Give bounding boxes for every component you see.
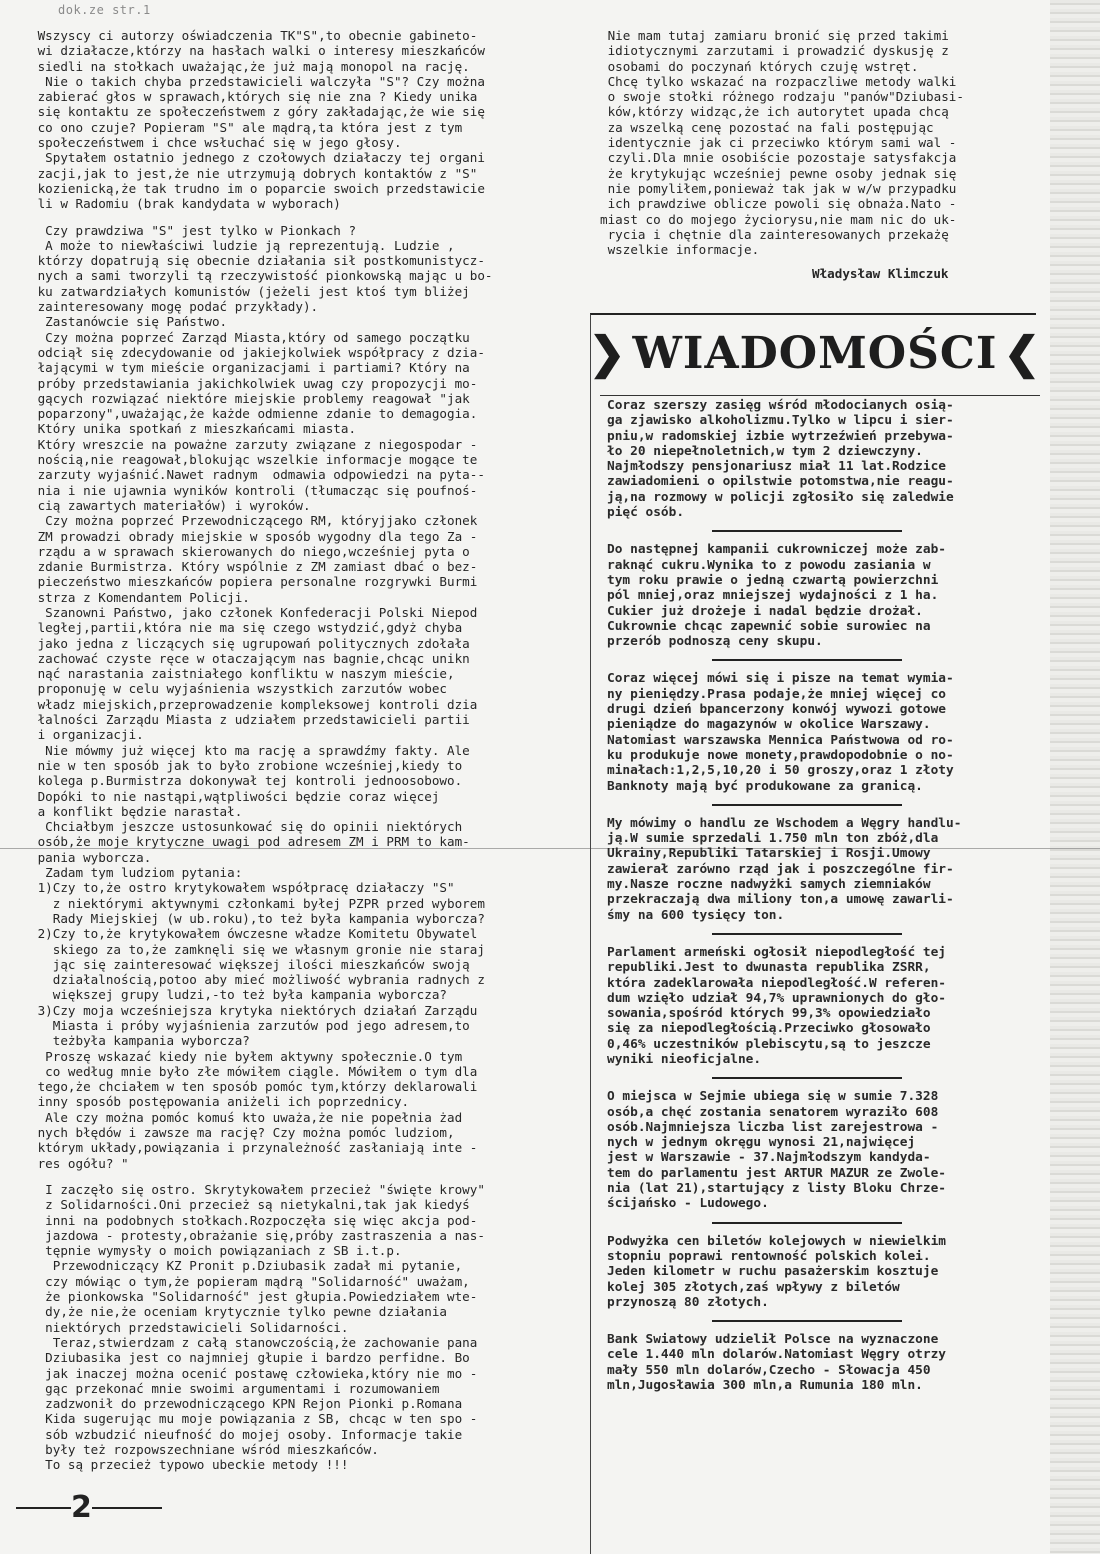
- text-line: pieczeństwo mieszkańców popiera personal…: [30, 574, 570, 589]
- news-item: Parlament armeński ogłosił niepodległość…: [607, 945, 1037, 1067]
- text-line: drugi dzień bpancerzony konwój wywozi go…: [607, 702, 1037, 717]
- news-separator: [712, 659, 902, 661]
- text-line: zarzuty wyjaśnić.Nawet radnym odmawia od…: [30, 467, 570, 482]
- text-line: Szanowni Państwo, jako członek Konfedera…: [30, 605, 570, 620]
- text-line: co według mnie było złe mówiłem ciągle. …: [30, 1064, 570, 1079]
- text-line: odciął się zdecydowanie od jakiejkolwiek…: [30, 345, 570, 360]
- text-line: z Solidarności.Oni przecież są nietykaln…: [30, 1197, 570, 1212]
- text-line: większej grupy ludzi,-to też była kampan…: [30, 987, 570, 1002]
- text-line: działalnością,potoo aby mieć możliwość w…: [30, 972, 570, 987]
- text-line: przekraczają dwa miliony ton,a umowę zaw…: [607, 892, 1037, 907]
- text-line: I zaczęło się ostro. Skrytykowałem przec…: [30, 1182, 570, 1197]
- text-line: się kontaktu ze społeczeństwem z góry za…: [30, 104, 570, 119]
- text-line: teżbyła kampania wyborcza?: [30, 1033, 570, 1048]
- text-line: res ogółu? ": [30, 1156, 570, 1171]
- text-line: nością,nie reagował,blokując wszelkie in…: [30, 452, 570, 467]
- text-line: kolega p.Burmistrza dokonywał tej kontro…: [30, 773, 570, 788]
- text-line: ich prawdziwe oblicze powoli się obnaża.…: [600, 196, 1060, 211]
- text-line: osób.Najmniejsza liczba list zarejestrow…: [607, 1120, 1037, 1135]
- text-line: tem do parlamentu jest ARTUR MAZUR ze Zw…: [607, 1166, 1037, 1181]
- text-line: Ukrainy,Republiki Tatarskiej i Rosji.Umo…: [607, 846, 1037, 861]
- page-number-rule-right: [92, 1507, 162, 1509]
- text-line: gących rozwiązać niektóre miejskie probl…: [30, 391, 570, 406]
- text-line: że pionkowska "Solidarność" jest głupia.…: [30, 1289, 570, 1304]
- text-line: tym roku prawie o jedną czwartą powierzc…: [607, 573, 1037, 588]
- text-line: rycia i chętnie dla zainteresowanych prz…: [600, 227, 1060, 242]
- page-number-text: 2: [71, 1490, 92, 1525]
- text-line: O miejsca w Sejmie ubiega się w sumie 7.…: [607, 1089, 1037, 1104]
- text-line: nąć narastania zaistniałego konfliktu w …: [30, 666, 570, 681]
- text-line: nia i nie ujawnia wyników kontroli (tłum…: [30, 483, 570, 498]
- page-number-rule-left: [16, 1507, 71, 1509]
- continuation-note: dok.ze str.1: [58, 3, 151, 17]
- article-paragraph: I zaczęło się ostro. Skrytykowałem przec…: [30, 1182, 570, 1473]
- text-line: skiego za to,że zamknęli się we własnym …: [30, 942, 570, 957]
- text-line: próby przedstawiania jakichkolwiek uwag …: [30, 376, 570, 391]
- text-line: pniu,w radomskiej izbie wytrzeźwień prze…: [607, 429, 1037, 444]
- text-line: Proszę wskazać kiedy nie byłem aktywny s…: [30, 1049, 570, 1064]
- text-line: raknąć cukru.Wynika to z powodu zasiania…: [607, 558, 1037, 573]
- text-line: pięć osób.: [607, 505, 1037, 520]
- text-line: społeczeństwem i chce wsłuchać się w jeg…: [30, 135, 570, 150]
- text-line: Czy można poprzeć Zarząd Miasta,który od…: [30, 330, 570, 345]
- author-signature: Władysław Klimczuk: [812, 266, 948, 281]
- text-line: śmy na 600 tysięcy ton.: [607, 908, 1037, 923]
- text-line: ją,na rozmowy w policji zgłosiło się zal…: [607, 490, 1037, 505]
- text-line: Cukier już drożeje i nadal będzie drożał…: [607, 604, 1037, 619]
- text-line: A może to niewłaściwi ludzie ją reprezen…: [30, 238, 570, 253]
- text-line: nych błędów i zawsze ma rację? Czy można…: [30, 1125, 570, 1140]
- text-line: Nie mam tutaj zamiaru bronić się przed t…: [600, 28, 1060, 43]
- article-paragraph: Czy prawdziwa "S" jest tylko w Pionkach …: [30, 223, 570, 1171]
- news-separator: [712, 1320, 902, 1322]
- text-line: i organizacji.: [30, 727, 570, 742]
- news-item: Do następnej kampanii cukrowniczej może …: [607, 542, 1037, 649]
- news-item: Coraz szerszy zasięg wśród młodocianych …: [607, 398, 1037, 520]
- right-article-continuation: Nie mam tutaj zamiaru bronić się przed t…: [600, 28, 1060, 257]
- text-line: zachować czyste ręce w otaczającym nas b…: [30, 651, 570, 666]
- text-line: a konflikt będzie narastał.: [30, 804, 570, 819]
- news-separator: [712, 1222, 902, 1224]
- text-line: tępnie wymysły o moich powiązaniach z SB…: [30, 1243, 570, 1258]
- chevron-left-icon: ❮: [1004, 328, 1042, 379]
- text-line: Wszyscy ci autorzy oświadczenia TK"S",to…: [30, 28, 570, 43]
- text-line: łalności Zarządu Miasta z udziałem przed…: [30, 712, 570, 727]
- text-line: czyli.Dla mnie osobiście pozostaje satys…: [600, 150, 1060, 165]
- text-line: ków,którzy widząc,że ich autorytet upada…: [600, 104, 1060, 119]
- text-line: 2)Czy to,że krytykowałem ówczesne władze…: [30, 926, 570, 941]
- text-line: ją.W sumie sprzedali 1.750 mln ton zbóż,…: [607, 831, 1037, 846]
- text-line: wyniki nieoficjalne.: [607, 1052, 1037, 1067]
- text-line: My mówimy o handlu ze Wschodem a Węgry h…: [607, 816, 1037, 831]
- text-line: ścijańsko - Ludowego.: [607, 1196, 1037, 1211]
- text-line: nie pomyliłem,ponieważ tak jak w w/w prz…: [600, 181, 1060, 196]
- text-line: zacji,jak to jest,że nie utrzymują dobry…: [30, 166, 570, 181]
- page-number: 2: [16, 1490, 162, 1525]
- text-line: dum wzięło udział 94,7% uprawnionych do …: [607, 991, 1037, 1006]
- text-line: tego,że chciałem w ten sposób pomóc tym,…: [30, 1079, 570, 1094]
- text-line: inni na podobnych stołkach.Rozpoczęła si…: [30, 1213, 570, 1228]
- text-line: Czy prawdziwa "S" jest tylko w Pionkach …: [30, 223, 570, 238]
- text-line: władz miejskich,przeprowadzenie kompleks…: [30, 697, 570, 712]
- text-line: którzy dopatrują się obecnie działania s…: [30, 253, 570, 268]
- text-line: Do następnej kampanii cukrowniczej może …: [607, 542, 1037, 557]
- news-separator: [712, 804, 902, 806]
- news-title-text: WIADOMOŚCI: [632, 328, 997, 379]
- paragraph-gap: [30, 212, 570, 223]
- text-line: co ono czuje? Popieram "S" ale mądrą,ta …: [30, 120, 570, 135]
- text-line: osób,że moje krytyczne uwagi pod adresem…: [30, 834, 570, 849]
- text-line: zadzwonił do przewodniczącego KPN Rejon …: [30, 1396, 570, 1411]
- text-line: ło 20 niepełnoletnich,w tym 2 dziewczyny…: [607, 444, 1037, 459]
- text-line: wszelkie informacje.: [600, 242, 1060, 257]
- news-item: Bank Swiatowy udzielił Polsce na wyznacz…: [607, 1332, 1037, 1393]
- left-article-column: Wszyscy ci autorzy oświadczenia TK"S",to…: [30, 28, 570, 1473]
- text-line: się za niepodległością.Przeciwko głosowa…: [607, 1021, 1037, 1036]
- text-line: jak inaczej można ocenić postawę człowie…: [30, 1366, 570, 1381]
- text-line: nie w ten sposób jak to było zrobione wc…: [30, 758, 570, 773]
- news-item: Coraz więcej mówi się i pisze na temat w…: [607, 671, 1037, 793]
- text-line: zainteresowany mogę podać przykłady).: [30, 299, 570, 314]
- text-line: ległej,partii,która nie ma się czego wst…: [30, 620, 570, 635]
- text-line: Zadam tym ludziom pytania:: [30, 865, 570, 880]
- text-line: pieniądze do magazynów w okolice Warszaw…: [607, 717, 1037, 732]
- text-line: wi działacze,którzy na hasłach walki o i…: [30, 43, 570, 58]
- text-line: Cukrownie chcąc zapewnić sobie surowiec …: [607, 619, 1037, 634]
- text-line: nych a sami tworzyli tą rzeczywistość pi…: [30, 268, 570, 283]
- text-line: strza z Komendantem Policji.: [30, 590, 570, 605]
- text-line: republiki.Jest to dwunasta republika ZSR…: [607, 960, 1037, 975]
- text-line: identycznie jak ci przeciwko którym sami…: [600, 135, 1060, 150]
- text-line: z niektórymi aktywnymi członkami byłej P…: [30, 896, 570, 911]
- news-item: My mówimy o handlu ze Wschodem a Węgry h…: [607, 816, 1037, 923]
- text-line: poparzony",uważając,że każde odmienne zd…: [30, 406, 570, 421]
- text-line: ny pieniędzy.Prasa podaje,że mniej więce…: [607, 687, 1037, 702]
- text-line: cią zawartych materiałów) i wyroków.: [30, 498, 570, 513]
- text-line: Coraz szerszy zasięg wśród młodocianych …: [607, 398, 1037, 413]
- text-line: zawiadomieni o opilstwie potomstwa,nie r…: [607, 474, 1037, 489]
- text-line: łającymi w tym mieście organizacjami i p…: [30, 360, 570, 375]
- text-line: Natomiast warszawska Mennica Państwowa o…: [607, 733, 1037, 748]
- text-line: jąc się zainteresować większej ilości mi…: [30, 957, 570, 972]
- text-line: inny sposób postępowania aniżeli ich pop…: [30, 1094, 570, 1109]
- text-line: dy,że nie,że oceniam krytycznie tylko pe…: [30, 1304, 570, 1319]
- text-line: przynoszą 80 złotych.: [607, 1295, 1037, 1310]
- text-line: Podwyżka cen biletów kolejowych w niewie…: [607, 1234, 1037, 1249]
- text-line: 0,46% uczestników plebiscytu,są to jeszc…: [607, 1037, 1037, 1052]
- text-line: sób wzbudzić nieufność do mojej osoby. I…: [30, 1427, 570, 1442]
- text-line: siedli na stołkach uważając,że już mają …: [30, 59, 570, 74]
- article-paragraph: Wszyscy ci autorzy oświadczenia TK"S",to…: [30, 28, 570, 212]
- text-line: pól mniej,oraz mniejszej wydajności z 1 …: [607, 588, 1037, 603]
- text-line: Najmłodszy pensjonariusz miał 11 lat.Rod…: [607, 459, 1037, 474]
- text-line: Spytałem ostatnio jednego z czołowych dz…: [30, 150, 570, 165]
- text-line: o swoje stołki różnego rodzaju "panów"Dz…: [600, 89, 1060, 104]
- text-line: sowania,spośród których 99,3% opowiedzia…: [607, 1006, 1037, 1021]
- text-line: Który unika spotkań z mieszkańcami miast…: [30, 421, 570, 436]
- text-line: zdanie Burmistrza. Który wspólnie z ZM z…: [30, 559, 570, 574]
- text-line: pania wyborcza.: [30, 850, 570, 865]
- text-line: kolej 305 złotych,zaś wpływy z biletów: [607, 1280, 1037, 1295]
- text-line: mały 550 mln dolarów,Czecho - Słowacja 4…: [607, 1363, 1037, 1378]
- text-line: kozienicką,że tak trudno im o poparcie s…: [30, 181, 570, 196]
- text-line: Chcę tylko wskazać na rozpaczliwe metody…: [600, 74, 1060, 89]
- text-line: która zadeklarowała niepodległość.W refe…: [607, 976, 1037, 991]
- news-section-title: ❯ WIADOMOŚCI ❮: [600, 318, 1030, 388]
- text-line: Banknoty mają być produkowane za granicą…: [607, 779, 1037, 794]
- text-line: 3)Czy moja wcześniejsza krytyka niektóry…: [30, 1003, 570, 1018]
- text-line: jako jedna z liczących się ugrupowań pol…: [30, 636, 570, 651]
- text-line: Nie o takich chyba przedstawicieli walcz…: [30, 74, 570, 89]
- news-items-list: Coraz szerszy zasięg wśród młodocianych …: [607, 398, 1037, 1393]
- news-separator: [712, 1077, 902, 1079]
- news-item: O miejsca w Sejmie ubiega się w sumie 7.…: [607, 1089, 1037, 1211]
- text-line: 1)Czy to,że ostro krytykowałem współprac…: [30, 880, 570, 895]
- text-line: idiotycznymi zarzutami i prowadzić dysku…: [600, 43, 1060, 58]
- text-line: li w Radomiu (brak kandydata w wyborach): [30, 196, 570, 211]
- text-line: ga zjawisko alkoholizmu.Tylko w lipcu i …: [607, 413, 1037, 428]
- paragraph-gap: [30, 1171, 570, 1182]
- news-separator: [712, 933, 902, 935]
- text-line: jest w Warszawie - 37.Najmłodszym kandyd…: [607, 1150, 1037, 1165]
- text-line: cele 1.440 mln dolarów.Natomiast Węgry o…: [607, 1347, 1037, 1362]
- chevron-right-icon: ❯: [589, 328, 627, 379]
- text-line: nych w jednym okręgu wynosi 21,najwięcej: [607, 1135, 1037, 1150]
- news-item: Podwyżka cen biletów kolejowych w niewie…: [607, 1234, 1037, 1310]
- text-line: rządu a w sprawach skierowanych do niego…: [30, 544, 570, 559]
- news-separator: [712, 530, 902, 532]
- text-line: osobami do poczynań których czuję wstręt…: [600, 59, 1060, 74]
- text-line: czy mówiąc o tym,że popieram mądrą "Soli…: [30, 1274, 570, 1289]
- text-line: ku produkuje nowe monety,prawdopodobnie …: [607, 748, 1037, 763]
- text-line: Kida sugerując mu moje powiązania z SB, …: [30, 1411, 570, 1426]
- text-line: osób,a chęć zostania senatorem wyraziło …: [607, 1105, 1037, 1120]
- text-line: Który wreszcie na poważne zarzuty związa…: [30, 437, 570, 452]
- text-line: Zastanówcie się Państwo.: [30, 314, 570, 329]
- text-line: minałach:1,2,5,10,20 i 50 groszy,oraz 1 …: [607, 763, 1037, 778]
- text-line: zawierał zarówno rząd jak i poszczególne…: [607, 862, 1037, 877]
- text-line: Parlament armeński ogłosił niepodległość…: [607, 945, 1037, 960]
- text-line: Rady Miejskiej (w ub.roku),to też była k…: [30, 911, 570, 926]
- text-line: Chciałbym jeszcze ustosunkować się do op…: [30, 819, 570, 834]
- text-line: Coraz więcej mówi się i pisze na temat w…: [607, 671, 1037, 686]
- text-line: były też rozpowszechniane wśród mieszkań…: [30, 1442, 570, 1457]
- text-line: Czy można poprzeć Przewodniczącego RM, k…: [30, 513, 570, 528]
- text-line: Dziubasika jest co najmniej głupie i bar…: [30, 1350, 570, 1365]
- text-line: Jeden kilometr w ruchu pasażerskim koszt…: [607, 1264, 1037, 1279]
- text-line: ku zatwardziałych komunistów (jeżeli jes…: [30, 284, 570, 299]
- text-line: miast co do mojego życiorysu,nie mam nic…: [600, 212, 1060, 227]
- text-line: Nie mówmy już więcej kto ma rację a spra…: [30, 743, 570, 758]
- text-line: przerób podnoszą ceny skupu.: [607, 634, 1037, 649]
- text-line: mln,Jugosławia 300 mln,a Rumunia 180 mln…: [607, 1378, 1037, 1393]
- text-line: proponuję w celu wyjaśnienia wszystkich …: [30, 681, 570, 696]
- text-line: Teraz,stwierdzam z całą stanowczością,że…: [30, 1335, 570, 1350]
- text-line: stopniu poprawi rentowność polskich kole…: [607, 1249, 1037, 1264]
- text-line: my.Nasze roczne nadwyżki samych ziemniak…: [607, 877, 1037, 892]
- text-line: niektórych przedstawicieli Solidarności.: [30, 1320, 570, 1335]
- text-line: którym układy,powiązania i przynależność…: [30, 1140, 570, 1155]
- text-line: gąc przekonać mnie swoimi argumentami i …: [30, 1381, 570, 1396]
- text-line: Dopóki to nie nastąpi,wątpliwości będzie…: [30, 789, 570, 804]
- text-line: jazdowa - protesty,obrażanie się,próby z…: [30, 1228, 570, 1243]
- text-line: To są przecież typowo ubeckie metody !!!: [30, 1457, 570, 1472]
- title-divider: [600, 395, 1040, 396]
- text-line: że krytykując wcześniej pewne osoby jedn…: [600, 166, 1060, 181]
- text-line: zabierać głos w sprawach,których się nie…: [30, 89, 570, 104]
- text-line: Miasta i próby wyjaśnienia zarzutów pod …: [30, 1018, 570, 1033]
- text-line: ZM prowadzi obrady miejskie w sposób wyg…: [30, 529, 570, 544]
- text-line: Ale czy można pomóc komuś kto uważa,że n…: [30, 1110, 570, 1125]
- text-line: nia (lat 21),startujący z listy Bloku Ch…: [607, 1181, 1037, 1196]
- text-line: Bank Swiatowy udzielił Polsce na wyznacz…: [607, 1332, 1037, 1347]
- text-line: Przewodniczący KZ Pronit p.Dziubasik zad…: [30, 1258, 570, 1273]
- text-line: za wszelką cenę pozostać na fali postępu…: [600, 120, 1060, 135]
